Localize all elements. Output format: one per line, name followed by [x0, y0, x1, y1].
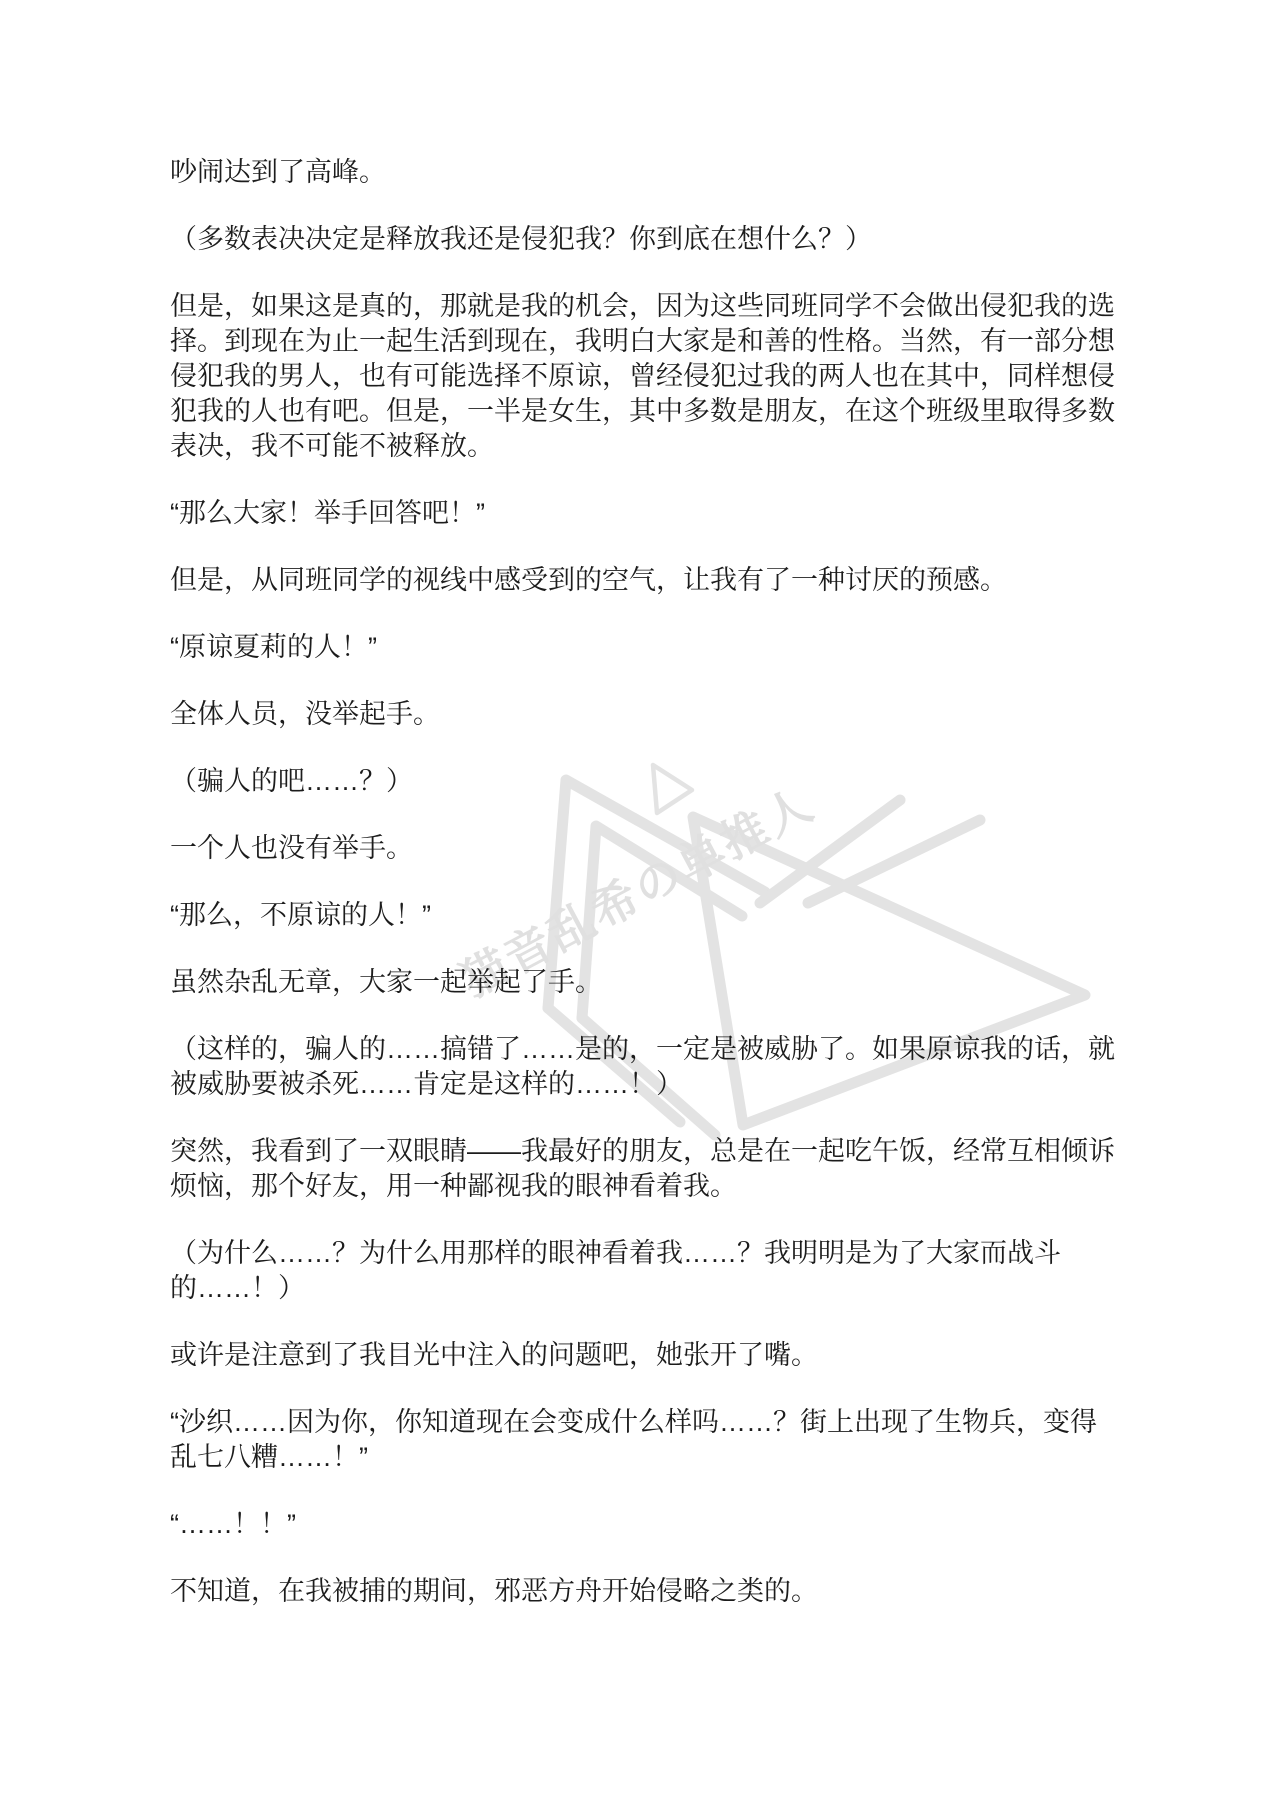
text-line: “沙织……因为你，你知道现在会变成什么样吗……？街上出现了生物兵，变得: [170, 1405, 1115, 1440]
text-line: 但是，如果这是真的，那就是我的机会，因为这些同班同学不会做出侵犯我的选: [170, 289, 1115, 324]
text-line: 被威胁要被杀死……肯定是这样的……！）: [170, 1067, 1115, 1102]
text-line: 或许是注意到了我目光中注入的问题吧，她张开了嘴。: [170, 1338, 1115, 1373]
text-line: （这样的，骗人的……搞错了……是的，一定是被威胁了。如果原谅我的话，就: [170, 1032, 1115, 1067]
text-line: （多数表决决定是释放我还是侵犯我？你到底在想什么？）: [170, 222, 1115, 257]
text-line: “那么大家！举手回答吧！”: [170, 496, 1115, 531]
paragraph: （为什么……？为什么用那样的眼神看着我……？我明明是为了大家而战斗的……！）: [170, 1236, 1115, 1306]
paragraph: “……！！”: [170, 1507, 1115, 1542]
paragraph: 不知道，在我被捕的期间，邪恶方舟开始侵略之类的。: [170, 1574, 1115, 1609]
paragraph: “那么，不原谅的人！”: [170, 898, 1115, 933]
text-line: “……！！”: [170, 1507, 1115, 1542]
text-line: 表决，我不可能不被释放。: [170, 429, 1115, 464]
paragraph: （多数表决决定是释放我还是侵犯我？你到底在想什么？）: [170, 222, 1115, 257]
paragraph: 但是，如果这是真的，那就是我的机会，因为这些同班同学不会做出侵犯我的选择。到现在…: [170, 289, 1115, 464]
paragraph: 一个人也没有举手。: [170, 831, 1115, 866]
paragraph: 虽然杂乱无章，大家一起举起了手。: [170, 965, 1115, 1000]
paragraph: “原谅夏莉的人！”: [170, 630, 1115, 665]
text-line: 侵犯我的男人，也有可能选择不原谅，曾经侵犯过我的两人也在其中，同样想侵: [170, 359, 1115, 394]
document-page: 猫音乱希の单推人 吵闹达到了高峰。（多数表决决定是释放我还是侵犯我？你到底在想什…: [0, 0, 1280, 1810]
text-line: 吵闹达到了高峰。: [170, 155, 1115, 190]
paragraph: “那么大家！举手回答吧！”: [170, 496, 1115, 531]
text-line: 择。到现在为止一起生活到现在，我明白大家是和善的性格。当然，有一部分想: [170, 324, 1115, 359]
text-line: “原谅夏莉的人！”: [170, 630, 1115, 665]
text-line: （为什么……？为什么用那样的眼神看着我……？我明明是为了大家而战斗: [170, 1236, 1115, 1271]
text-line: 一个人也没有举手。: [170, 831, 1115, 866]
text-line: 全体人员，没举起手。: [170, 697, 1115, 732]
paragraph: 吵闹达到了高峰。: [170, 155, 1115, 190]
text-line: （骗人的吧……？）: [170, 764, 1115, 799]
text-line: 不知道，在我被捕的期间，邪恶方舟开始侵略之类的。: [170, 1574, 1115, 1609]
text-line: “那么，不原谅的人！”: [170, 898, 1115, 933]
text-line: 乱七八糟……！”: [170, 1440, 1115, 1475]
text-line: 虽然杂乱无章，大家一起举起了手。: [170, 965, 1115, 1000]
paragraph: 或许是注意到了我目光中注入的问题吧，她张开了嘴。: [170, 1338, 1115, 1373]
text-line: 犯我的人也有吧。但是，一半是女生，其中多数是朋友，在这个班级里取得多数: [170, 394, 1115, 429]
paragraph: “沙织……因为你，你知道现在会变成什么样吗……？街上出现了生物兵，变得乱七八糟……: [170, 1405, 1115, 1475]
text-line: 的……！）: [170, 1271, 1115, 1306]
paragraph: 但是，从同班同学的视线中感受到的空气，让我有了一种讨厌的预感。: [170, 563, 1115, 598]
paragraph: （这样的，骗人的……搞错了……是的，一定是被威胁了。如果原谅我的话，就被威胁要被…: [170, 1032, 1115, 1102]
text-line: 但是，从同班同学的视线中感受到的空气，让我有了一种讨厌的预感。: [170, 563, 1115, 598]
paragraph: 突然，我看到了一双眼睛——我最好的朋友，总是在一起吃午饭，经常互相倾诉烦恼，那个…: [170, 1134, 1115, 1204]
paragraph: 全体人员，没举起手。: [170, 697, 1115, 732]
document-body: 吵闹达到了高峰。（多数表决决定是释放我还是侵犯我？你到底在想什么？）但是，如果这…: [170, 155, 1115, 1641]
paragraph: （骗人的吧……？）: [170, 764, 1115, 799]
text-line: 突然，我看到了一双眼睛——我最好的朋友，总是在一起吃午饭，经常互相倾诉: [170, 1134, 1115, 1169]
text-line: 烦恼，那个好友，用一种鄙视我的眼神看着我。: [170, 1169, 1115, 1204]
